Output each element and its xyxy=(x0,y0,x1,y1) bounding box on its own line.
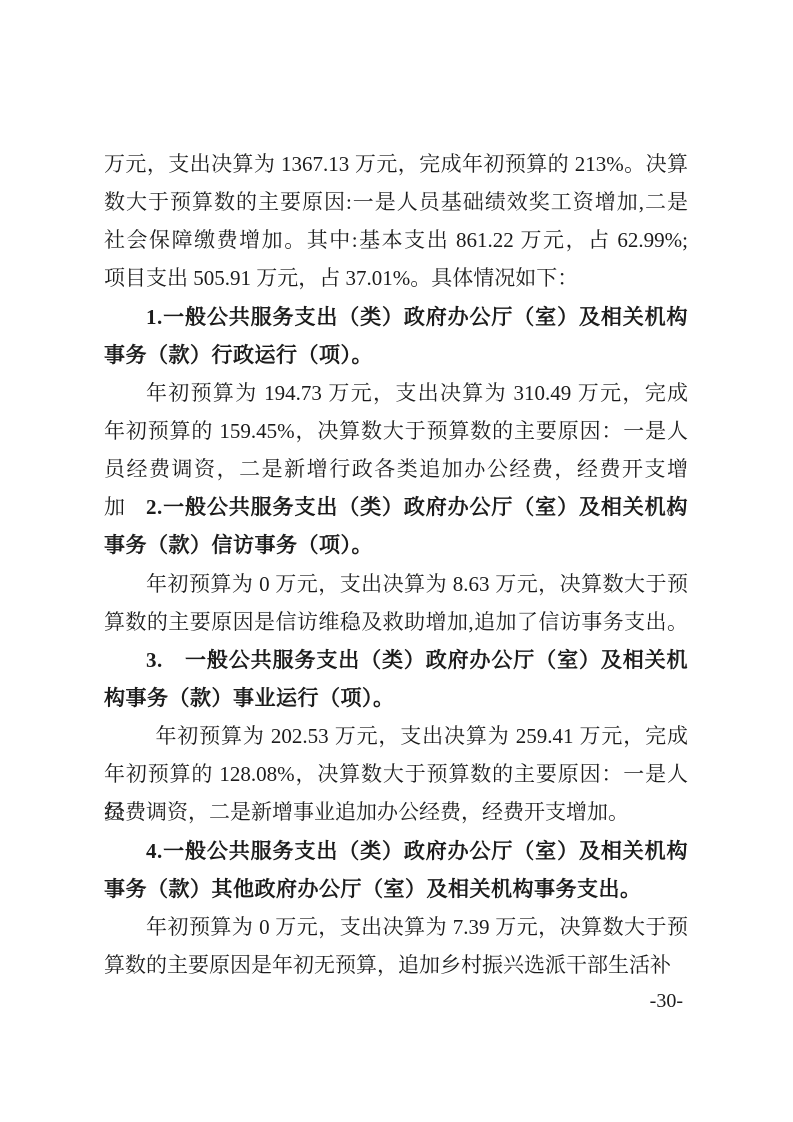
paragraph-line: 员经费调资，二是新增行政各类追加办公经费，经费开支增加。 xyxy=(104,450,688,488)
paragraph-line: 年初预算为 202.53 万元，支出决算为 259.41 万元，完成 xyxy=(104,717,688,755)
section-heading-line: 事务（款）行政运行（项）。 xyxy=(104,336,688,374)
section-heading-line: 4.一般公共服务支出（类）政府办公厅（室）及相关机构 xyxy=(104,832,688,870)
section-heading-line: 3. 一般公共服务支出（类）政府办公厅（室）及相关机 xyxy=(104,641,688,679)
paragraph-line: 算数的主要原因是年初无预算，追加乡村振兴选派干部生活补 xyxy=(104,946,688,984)
paragraph-line: 算数的主要原因是信访维稳及救助增加,追加了信访事务支出。 xyxy=(104,603,688,641)
section-heading-line: 事务（款）信访事务（项）。 xyxy=(104,526,688,564)
paragraph-line: 年初预算为 0 万元，支出决算为 7.39 万元，决算数大于预 xyxy=(104,908,688,946)
document-page: 万元，支出决算为 1367.13 万元，完成年初预算的 213%。决算 数大于预… xyxy=(0,0,793,1122)
paragraph-line: 万元，支出决算为 1367.13 万元，完成年初预算的 213%。决算 xyxy=(104,145,688,183)
paragraph-line: 年初预算为 194.73 万元，支出决算为 310.49 万元，完成 xyxy=(104,374,688,412)
paragraph-line: 年初预算为 0 万元，支出决算为 8.63 万元，决算数大于预 xyxy=(104,565,688,603)
paragraph-line: 年初预算的 128.08%，决算数大于预算数的主要原因：一是人员 xyxy=(104,755,688,793)
paragraph-line: 社会保障缴费增加。其中:基本支出 861.22 万元，占 62.99%; xyxy=(104,221,688,259)
page-number: -30- xyxy=(650,990,683,1012)
document-body: 万元，支出决算为 1367.13 万元，完成年初预算的 213%。决算 数大于预… xyxy=(104,145,688,984)
paragraph-line: 数大于预算数的主要原因:一是人员基础绩效奖工资增加,二是 xyxy=(104,183,688,221)
section-heading-line: 2.一般公共服务支出（类）政府办公厅（室）及相关机构 xyxy=(104,488,688,526)
section-heading-line: 事务（款）其他政府办公厅（室）及相关机构事务支出。 xyxy=(104,870,688,908)
paragraph-line: 经费调资，二是新增事业追加办公经费，经费开支增加。 xyxy=(104,793,688,831)
section-heading-line: 构事务（款）事业运行（项）。 xyxy=(104,679,688,717)
section-heading-line: 1.一般公共服务支出（类）政府办公厅（室）及相关机构 xyxy=(104,298,688,336)
paragraph-line: 项目支出 505.91 万元，占 37.01%。具体情况如下： xyxy=(104,259,688,297)
paragraph-line: 年初预算的 159.45%，决算数大于预算数的主要原因：一是人 xyxy=(104,412,688,450)
